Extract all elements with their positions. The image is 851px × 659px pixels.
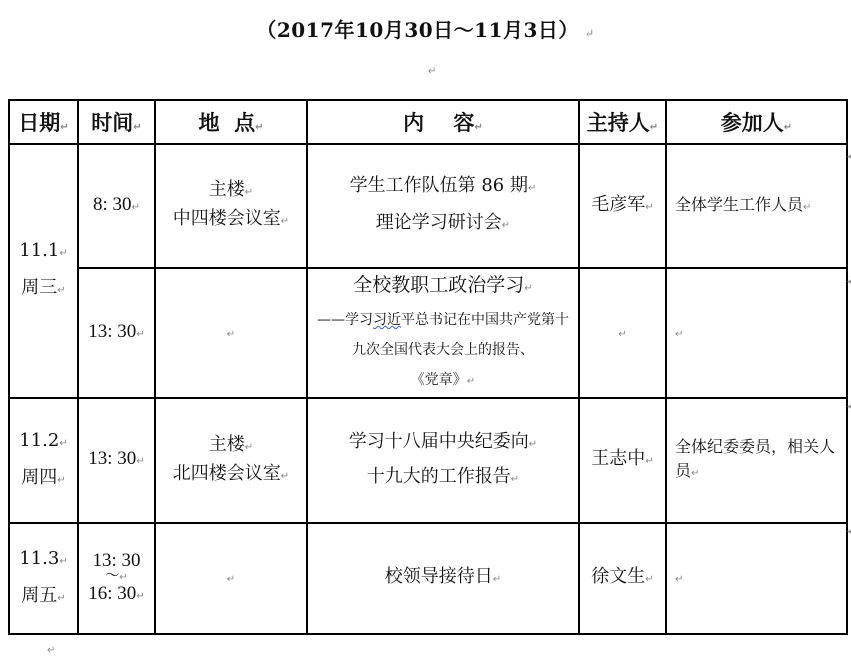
content-cell: 校领导接待日↵ bbox=[307, 523, 579, 634]
content-cell: 学习十八届中央纪委向↵ 十九大的工作报告↵ bbox=[307, 398, 579, 523]
row-end-mark-icon: ◂ bbox=[847, 152, 851, 162]
host-cell: 毛彦军↵ bbox=[579, 144, 666, 268]
date-cell: 11.1↵ 周三↵ bbox=[9, 144, 78, 398]
location-cell: ↵ bbox=[155, 268, 307, 398]
table-row: 11.1↵ 周三↵ 8: 30↵ 主楼↵ 中四楼会议室↵ 学生工作队伍第 86 … bbox=[9, 144, 847, 268]
location-cell: 主楼↵ 中四楼会议室↵ bbox=[155, 144, 307, 268]
spellcheck-underline: 习近 bbox=[373, 312, 401, 328]
header-host: 主持人↵ bbox=[579, 100, 666, 144]
time-cell: 13: 30↵ bbox=[78, 398, 155, 523]
paragraph-mark-icon: ↵ bbox=[47, 645, 55, 656]
host-cell: 徐文生↵ bbox=[579, 523, 666, 634]
host-cell: ↵ bbox=[579, 268, 666, 398]
row-end-mark-icon: ◂ bbox=[847, 277, 851, 287]
participants-cell: 全体纪委委员，相关人员↵ bbox=[666, 398, 847, 523]
header-content: 内 容↵ bbox=[307, 100, 579, 144]
table-row: 11.2↵ 周四↵ 13: 30↵ 主楼↵ 北四楼会议室↵ 学习十八届中央纪委向… bbox=[9, 398, 847, 523]
date-cell: 11.2↵ 周四↵ bbox=[9, 398, 78, 523]
paragraph-mark-icon: ↵ bbox=[428, 66, 436, 77]
table-row: 11.3↵ 周五↵ 13: 30 ～↵ 16: 30↵ ↵ 校领导接待日↵ 徐文… bbox=[9, 523, 847, 634]
header-time: 时间↵ bbox=[78, 100, 155, 144]
table-header-row: 日期↵ 时间↵ 地 点↵ 内 容↵ 主持人↵ 参加人↵ bbox=[9, 100, 847, 144]
host-cell: 王志中↵ bbox=[579, 398, 666, 523]
location-cell: ↵ bbox=[155, 523, 307, 634]
content-cell: 全校教职工政治学习↵ ——学习习近平总书记在中国共产党第十九次全国代表大会上的报… bbox=[307, 268, 579, 398]
paragraph-mark-icon: ↵ bbox=[585, 27, 595, 40]
participants-cell: 全体学生工作人员↵ bbox=[666, 144, 847, 268]
row-end-mark-icon: ◂ bbox=[847, 402, 851, 412]
participants-cell: ↵ bbox=[666, 523, 847, 634]
header-participants: 参加人↵ bbox=[666, 100, 847, 144]
header-location: 地 点↵ bbox=[155, 100, 307, 144]
table-row: 13: 30↵ ↵ 全校教职工政治学习↵ ——学习习近平总书记在中国共产党第十九… bbox=[9, 268, 847, 398]
title-text: （2017年10月30日～11月3日） bbox=[256, 18, 579, 42]
time-cell: 13: 30 ～↵ 16: 30↵ bbox=[78, 523, 155, 634]
date-cell: 11.3↵ 周五↵ bbox=[9, 523, 78, 634]
time-cell: 8: 30↵ bbox=[78, 144, 155, 268]
participants-cell: ↵ bbox=[666, 268, 847, 398]
row-end-mark-icon: ◂ bbox=[847, 527, 851, 537]
location-cell: 主楼↵ 北四楼会议室↵ bbox=[155, 398, 307, 523]
time-cell: 13: 30↵ bbox=[78, 268, 155, 398]
schedule-table: 日期↵ 时间↵ 地 点↵ 内 容↵ 主持人↵ 参加人↵ 11.1↵ 周三↵ 8:… bbox=[8, 99, 848, 635]
header-date: 日期↵ bbox=[9, 100, 78, 144]
document-title: （2017年10月30日～11月3日）↵ bbox=[0, 14, 851, 43]
content-cell: 学生工作队伍第 86 期↵ 理论学习研讨会↵ bbox=[307, 144, 579, 268]
